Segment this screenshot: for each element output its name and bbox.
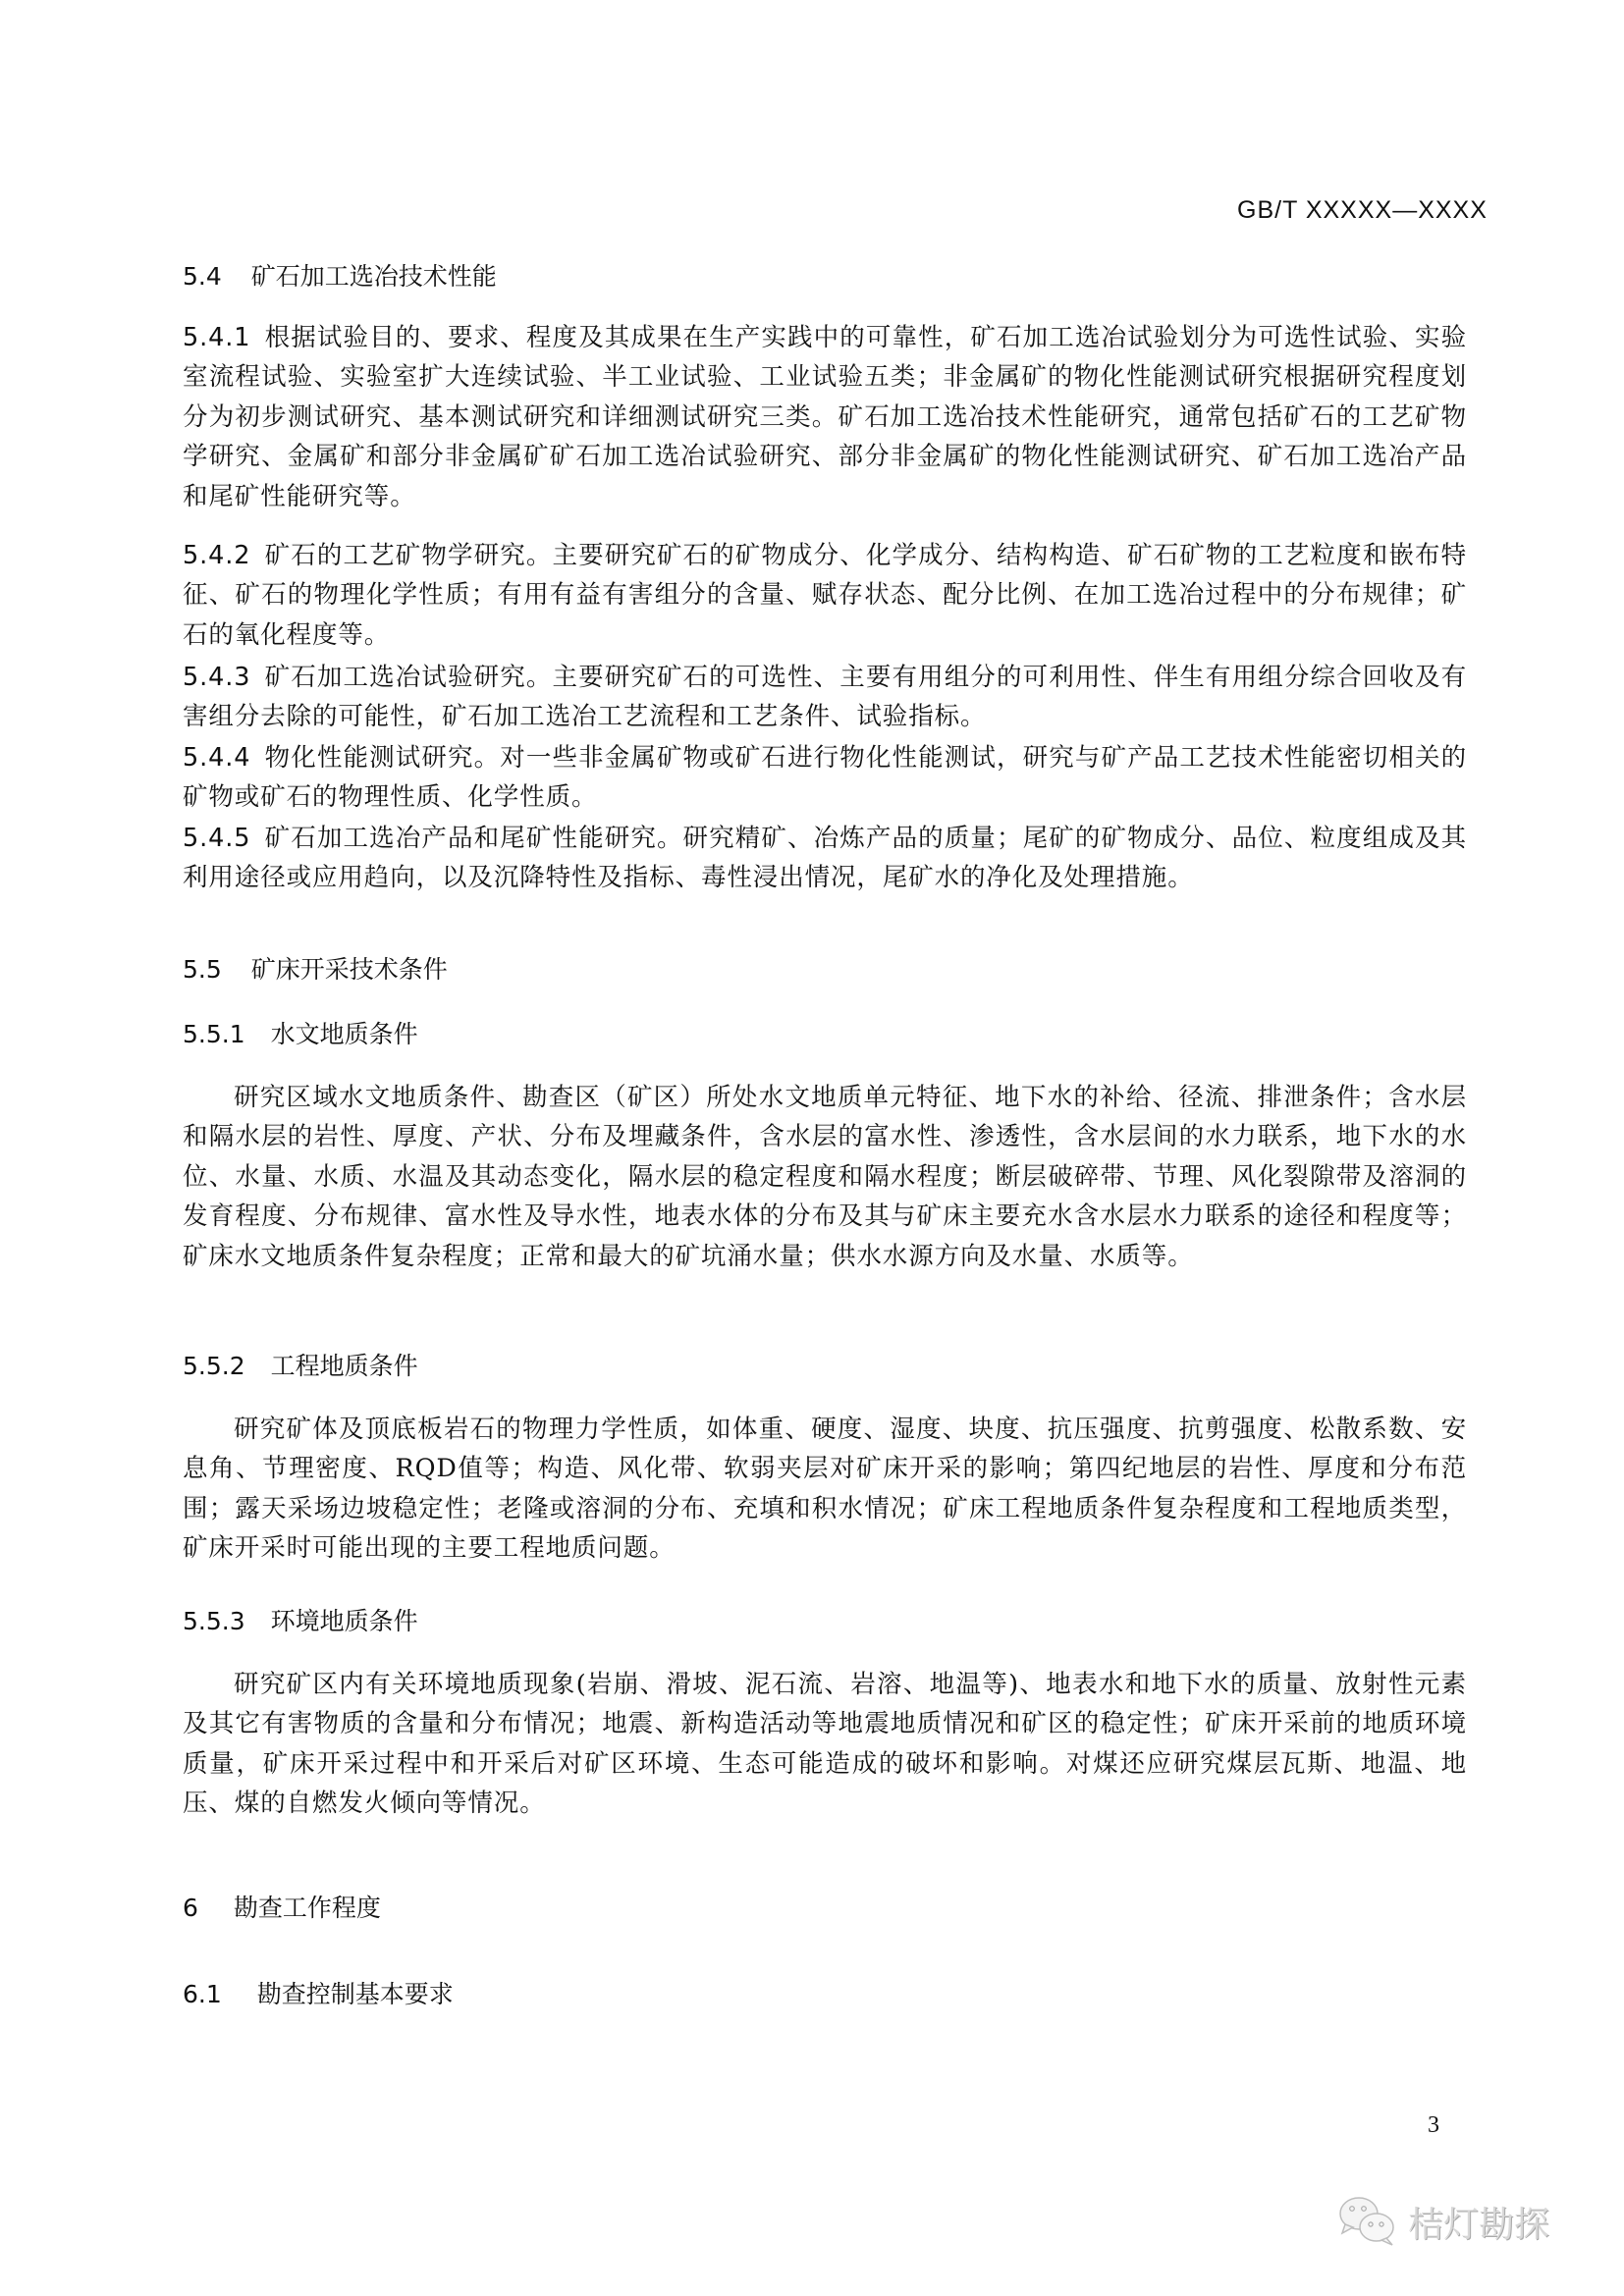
heading-number: 5.4 [183,262,222,291]
page-number: 3 [1428,2112,1439,2139]
heading-number: 5.5.1 [183,1020,245,1048]
heading-title: 勘查工作程度 [234,1894,381,1922]
clause-5-4-2: 5.4.2矿石的工艺矿物学研究。主要研究矿石的矿物成分、化学成分、结构构造、矿石… [183,536,1467,655]
clause-number: 5.4.1 [183,323,250,352]
standard-code: GB/T XXXXX—XXXX [1237,196,1488,225]
heading-title: 水文地质条件 [271,1020,418,1048]
heading-number: 6 [183,1894,198,1922]
clause-5-4-1: 5.4.1根据试验目的、要求、程度及其成果在生产实践中的可靠性，矿石加工选冶试验… [183,318,1467,516]
heading-5-5-2: 5.5.2工程地质条件 [183,1347,418,1382]
heading-title: 矿床开采技术条件 [251,955,448,984]
heading-5-5: 5.5矿床开采技术条件 [183,950,448,986]
heading-6: 6勘查工作程度 [183,1889,381,1924]
clause-text: 根据试验目的、要求、程度及其成果在生产实践中的可靠性，矿石加工选冶试验划分为可选… [183,323,1467,511]
clause-5-4-4: 5.4.4物化性能测试研究。对一些非金属矿物或矿石进行物化性能测试，研究与矿产品… [183,738,1467,818]
heading-5-5-1: 5.5.1水文地质条件 [183,1015,418,1050]
clause-5-4-5: 5.4.5矿石加工选冶产品和尾矿性能研究。研究精矿、冶炼产品的质量；尾矿的矿物成… [183,819,1467,898]
heading-6-1: 6.1勘查控制基本要求 [183,1975,454,2010]
heading-number: 5.5.2 [183,1352,245,1380]
clause-number: 5.4.4 [183,743,250,773]
clause-number: 5.4.5 [183,824,250,853]
heading-title: 工程地质条件 [271,1352,418,1380]
clause-text: 矿石加工选冶产品和尾矿性能研究。研究精矿、冶炼产品的质量；尾矿的矿物成分、品位、… [183,824,1467,892]
heading-title: 矿石加工选冶技术性能 [251,262,497,291]
clause-text: 矿石的工艺矿物学研究。主要研究矿石的矿物成分、化学成分、结构构造、矿石矿物的工艺… [183,541,1467,650]
watermark-text: 桔灯勘探 [1408,2197,1549,2247]
clause-number: 5.4.3 [183,663,250,692]
clause-text: 物化性能测试研究。对一些非金属矿物或矿石进行物化性能测试，研究与矿产品工艺技术性… [183,743,1467,812]
paragraph-environmental-geology: 研究矿区内有关环境地质现象(岩崩、滑坡、泥石流、岩溶、地温等)、地表水和地下水的… [183,1665,1467,1824]
document-page: GB/T XXXXX—XXXX 5.4矿石加工选冶技术性能 5.4.1根据试验目… [0,0,1624,2296]
heading-title: 环境地质条件 [271,1607,418,1635]
heading-title: 勘查控制基本要求 [257,1980,454,2008]
clause-text: 矿石加工选冶试验研究。主要研究矿石的可选性、主要有用组分的可利用性、伴生有用组分… [183,663,1467,731]
watermark: 桔灯勘探 [1337,2194,1549,2249]
wechat-icon [1337,2194,1398,2249]
heading-5-5-3: 5.5.3环境地质条件 [183,1602,418,1637]
heading-5-4: 5.4矿石加工选冶技术性能 [183,257,497,293]
clause-5-4-3: 5.4.3矿石加工选冶试验研究。主要研究矿石的可选性、主要有用组分的可利用性、伴… [183,658,1467,737]
heading-number: 5.5 [183,955,222,984]
paragraph-engineering-geology: 研究矿体及顶底板岩石的物理力学性质，如体重、硬度、湿度、块度、抗压强度、抗剪强度… [183,1410,1467,1569]
heading-number: 6.1 [183,1980,222,2008]
clause-number: 5.4.2 [183,541,250,570]
paragraph-hydrogeology: 研究区域水文地质条件、勘查区（矿区）所处水文地质单元特征、地下水的补给、径流、排… [183,1078,1467,1276]
heading-number: 5.5.3 [183,1607,245,1635]
